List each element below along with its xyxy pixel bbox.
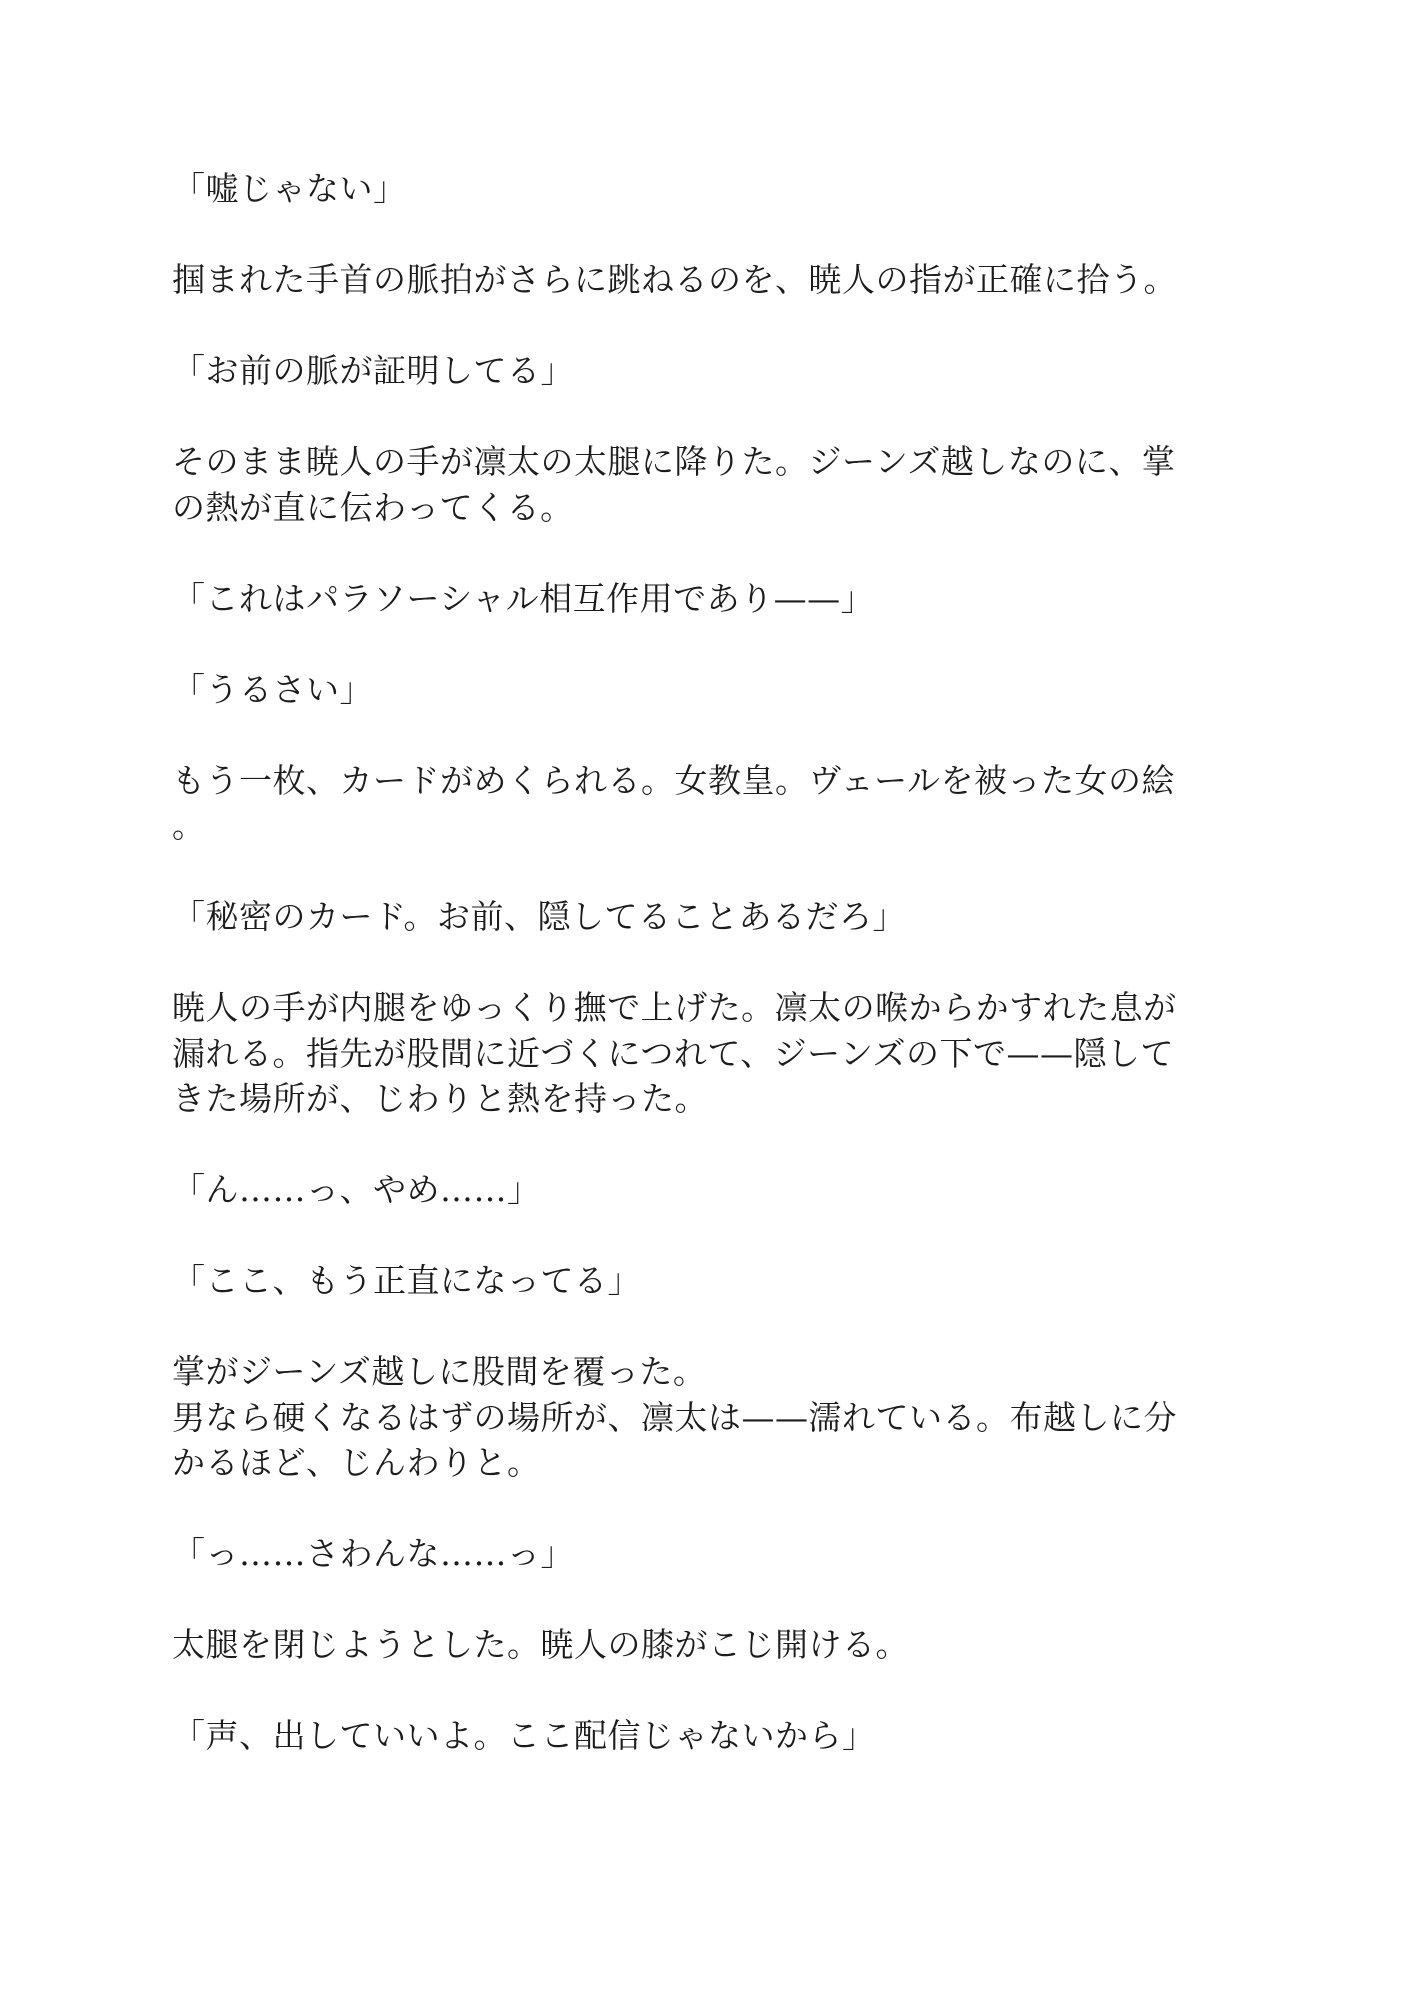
text-line: の熱が直に伝わってくる。 <box>172 485 1265 531</box>
text-line: 「ここ、もう正直になってる」 <box>172 1258 1265 1304</box>
text-line: 掌がジーンズ越しに股間を覆った。 <box>172 1349 1265 1395</box>
text-line: 「声、出していいよ。ここ配信じゃないから」 <box>172 1713 1265 1759</box>
text-line: 「お前の脈が証明してる」 <box>172 348 1265 394</box>
dialogue-block: 「嘘じゃない」 <box>172 166 1265 212</box>
text-line: 暁人の手が内腿をゆっくり撫で上げた。凛太の喉からかすれた息が <box>172 985 1265 1031</box>
dialogue-block: 「っ……さわんな……っ」 <box>172 1531 1265 1577</box>
document-page: 「嘘じゃない」掴まれた手首の脈拍がさらに跳ねるのを、暁人の指が正確に拾う。「お前… <box>0 0 1415 2000</box>
narration-block: 掌がジーンズ越しに股間を覆った。男なら硬くなるはずの場所が、凛太は——濡れている… <box>172 1349 1265 1486</box>
text-line: 「ん……っ、やめ……」 <box>172 1167 1265 1213</box>
text-line: 「秘密のカード。お前、隠してることあるだろ」 <box>172 894 1265 940</box>
text-line: もう一枚、カードがめくられる。女教皇。ヴェールを被った女の絵 <box>172 758 1265 804</box>
dialogue-block: 「ここ、もう正直になってる」 <box>172 1258 1265 1304</box>
text-line: 。 <box>172 803 1265 849</box>
document-body: 「嘘じゃない」掴まれた手首の脈拍がさらに跳ねるのを、暁人の指が正確に拾う。「お前… <box>172 166 1265 1759</box>
text-line: きた場所が、じわりと熱を持った。 <box>172 1076 1265 1122</box>
text-line: かるほど、じんわりと。 <box>172 1440 1265 1486</box>
text-line: 「これはパラソーシャル相互作用であり——」 <box>172 576 1265 622</box>
dialogue-block: 「これはパラソーシャル相互作用であり——」 <box>172 576 1265 622</box>
narration-block: 太腿を閉じようとした。暁人の膝がこじ開ける。 <box>172 1622 1265 1668</box>
narration-block: 暁人の手が内腿をゆっくり撫で上げた。凛太の喉からかすれた息が漏れる。指先が股間に… <box>172 985 1265 1122</box>
text-line: 「っ……さわんな……っ」 <box>172 1531 1265 1577</box>
narration-block: もう一枚、カードがめくられる。女教皇。ヴェールを被った女の絵。 <box>172 758 1265 849</box>
text-line: 掴まれた手首の脈拍がさらに跳ねるのを、暁人の指が正確に拾う。 <box>172 257 1265 303</box>
dialogue-block: 「ん……っ、やめ……」 <box>172 1167 1265 1213</box>
dialogue-block: 「うるさい」 <box>172 667 1265 713</box>
narration-block: そのまま暁人の手が凛太の太腿に降りた。ジーンズ越しなのに、掌の熱が直に伝わってく… <box>172 439 1265 530</box>
dialogue-block: 「お前の脈が証明してる」 <box>172 348 1265 394</box>
text-line: 漏れる。指先が股間に近づくにつれて、ジーンズの下で——隠して <box>172 1031 1265 1077</box>
text-line: 男なら硬くなるはずの場所が、凛太は——濡れている。布越しに分 <box>172 1395 1265 1441</box>
narration-block: 掴まれた手首の脈拍がさらに跳ねるのを、暁人の指が正確に拾う。 <box>172 257 1265 303</box>
dialogue-block: 「声、出していいよ。ここ配信じゃないから」 <box>172 1713 1265 1759</box>
text-line: そのまま暁人の手が凛太の太腿に降りた。ジーンズ越しなのに、掌 <box>172 439 1265 485</box>
text-line: 「うるさい」 <box>172 667 1265 713</box>
text-line: 「嘘じゃない」 <box>172 166 1265 212</box>
dialogue-block: 「秘密のカード。お前、隠してることあるだろ」 <box>172 894 1265 940</box>
text-line: 太腿を閉じようとした。暁人の膝がこじ開ける。 <box>172 1622 1265 1668</box>
